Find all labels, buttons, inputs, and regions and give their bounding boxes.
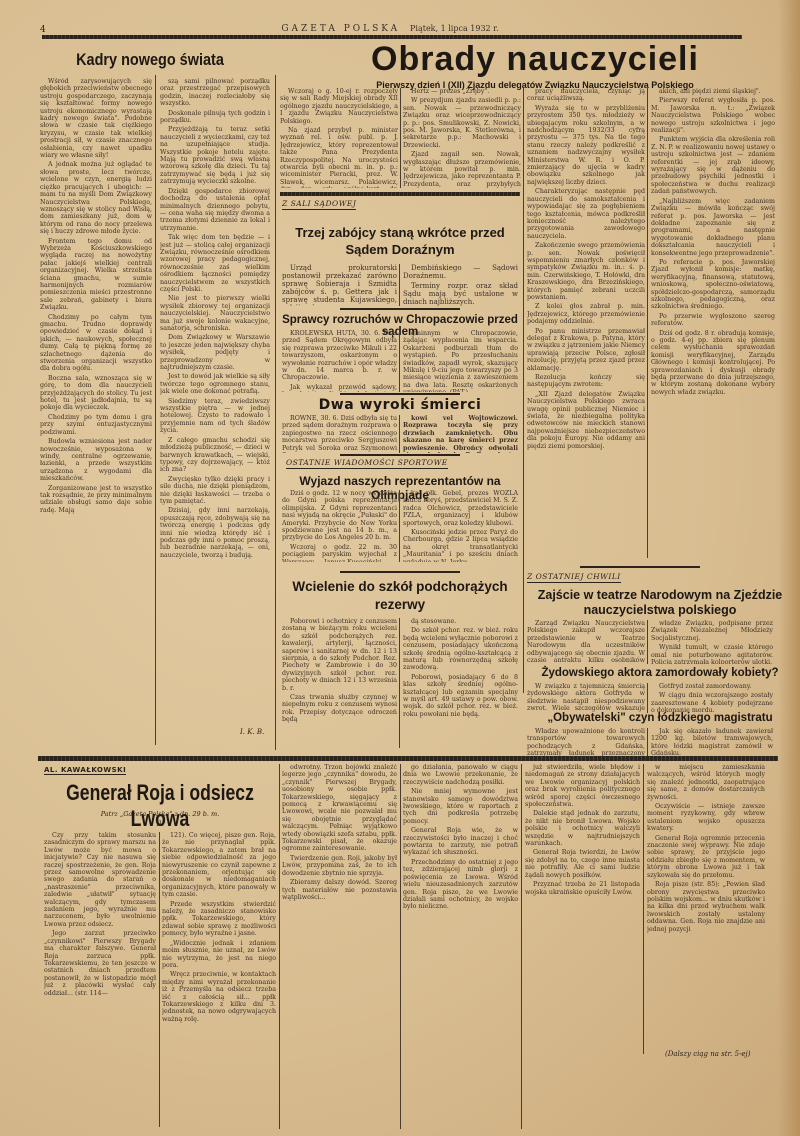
article-aktor-col1: W związku z tajemniczą śmiercią żydowski… (527, 683, 645, 713)
paragraph: odwrotny. Trzon bojówki znaleźć legerze … (282, 764, 397, 853)
paragraph: Frontem tego domu od Wybrzeża Kościuszko… (40, 238, 152, 312)
paragraph: Przyznać trzeba że 21 listopada wojska u… (525, 881, 640, 896)
article-teatr-col1: Zarząd Związku Nauczycielstwa Polskiego … (527, 620, 645, 664)
headline-wyroki: Dwa wyroki śmierci (280, 397, 520, 413)
paragraph: W prezydjum zjazdu zasiedli p. p.: sen. … (403, 97, 521, 149)
paragraph: RÓWNE, 30. 6. Dziś odbyła się tu przed s… (282, 415, 397, 453)
article-sad-col1: Urząd prokuratorski postanowił przekazać… (282, 264, 397, 306)
paragraph: Generał Roja twierdzi, że Lwów się zdoby… (525, 849, 640, 879)
paragraph: Dziś od godz. 8 r. obradują komisje, o g… (651, 330, 775, 397)
article-obrady-col3: pracy nauczyciela, czyniąc ją coraz ucią… (527, 88, 645, 558)
column-divider (521, 764, 522, 1129)
paragraph: A jednak można już oglądać te słowa pros… (40, 161, 152, 235)
paragraph: Nie mniej wymowne jest stanowisko samego… (403, 788, 518, 825)
paragraph: Czy przy takim stosunku zasadniczym do s… (44, 832, 156, 928)
paragraph: Pierwszy referat wygłosiła p. pos. M. Ja… (651, 97, 775, 134)
paragraph: Poborowi i ochotnicy z cenzusem zostaną … (282, 618, 397, 692)
paragraph: Zarząd Związku Nauczycielstwa Polskiego … (527, 620, 645, 664)
paragraph: „XII Zjazd delegatów Związku Nauczyciels… (527, 391, 645, 450)
column-divider (400, 88, 401, 188)
ornament-rule (340, 393, 460, 395)
paragraph: Chodzimy po całym tym gmachu. Trudno dop… (40, 314, 152, 373)
paragraph: Wręcz przeciwnie, w kontaktach między ni… (162, 971, 276, 1023)
paragraph: Twierdzenie gen. Roji, jakoby był Lwów, … (282, 855, 397, 877)
article-roja-col2: 121). Co więcej, pisze gen. Roja, że nie… (162, 832, 276, 1127)
section-label-teatr: Z OSTATNIEJ CHWILI (527, 572, 621, 583)
column-divider (647, 728, 648, 758)
paragraph: Czas trwania służby czynnej w niepełnym … (282, 694, 397, 724)
paragraph: Wczoraj o g. 10-ej r. rozpoczęły się w s… (280, 88, 398, 125)
column-divider (523, 88, 524, 693)
article-sport-col1: Dziś o godz. 12 w nocy wyjeżdża do Gdyni… (282, 490, 397, 562)
column-divider (647, 620, 648, 664)
headline-wcielenie: Wcielenie do szkół podchorążych rezerwy (280, 578, 520, 614)
paragraph: Dembińskiego — Sądowi Doraźnemu. (403, 264, 518, 280)
paragraph: Dom Związkowy w Warszawie to jeszcze jed… (160, 334, 270, 371)
article-sad-col2: Dembińskiego — Sądowi Doraźnemu.Terminy … (403, 264, 518, 306)
paragraph: Jego zarzut przeciwko „czynnikowi" Pierw… (44, 930, 156, 997)
ornament-rule (340, 571, 460, 573)
article-wcielenie-col1: Poborowi i ochotnicy z cenzusem zostaną … (282, 618, 397, 748)
column-divider (643, 764, 644, 1054)
paragraph: akich, ani piędzi ziemi śląskiej". (651, 88, 775, 95)
article-magistrat-col2: Jak się okazało ładunek zawierał 1200 kg… (651, 728, 773, 758)
headline-sad: Trzej zabójcy staną wkrótce przed Sądem … (280, 224, 520, 258)
part-number: II. (40, 820, 280, 828)
article-roja-col4: go działania, panowało w ciągu dnia we L… (403, 764, 518, 1129)
article-obrady-col4: akich, ani piędzi ziemi śląskiej".Pierws… (651, 88, 775, 558)
paragraph: Jak się okazało ładunek zawierał 1200 kg… (651, 728, 773, 758)
paragraph: Kusociński jedzie przez Paryż do Cherbou… (403, 529, 518, 562)
paragraph: pracy nauczyciela, czyniąc ją coraz ucią… (527, 88, 645, 103)
paragraph: w miejscu zamieszkania walczących, wśród… (647, 764, 765, 801)
paragraph: Przechodzimy do ostatniej z jego tez, zd… (403, 859, 518, 911)
ornament-rule (340, 308, 460, 310)
article-chropaczow-col2: gminnym w Chropaczowie, żądając wypłacen… (403, 330, 518, 392)
article-chropaczow-col1: KRÓLEWSKA HUTA, 30. 6. Dziś przed Sądem … (282, 330, 397, 392)
column-divider (159, 832, 160, 1127)
paragraph: KRÓLEWSKA HUTA, 30. 6. Dziś przed Sądem … (282, 330, 397, 382)
paragraph: dą stosowane. (403, 618, 518, 625)
issue-date: Piątek, 1 lipca 1932 r. (410, 24, 499, 33)
paragraph: Gotfryd został zamordowany. (651, 683, 773, 690)
paragraph: Chodzimy po tym domu i gra przy szymi en… (40, 414, 152, 436)
article-wyroki-col2: kowi vel Wojtowiczowi. Rozprawa toczyła … (403, 415, 518, 453)
paragraph: Dzięki gospodarce zbiorowej dochodzą do … (160, 188, 270, 232)
paragraph: władze Związku, podpisane przez Związek … (651, 620, 773, 642)
paragraph: 121). Co więcej, pisze gen. Roja, że nie… (162, 832, 276, 899)
paragraph: Po przerwie wygłoszono szereg referatów. (651, 313, 775, 328)
article-sport-col2: ka" płk. Gebel, prezes WOZLA radca Poryś… (403, 490, 518, 562)
article-roja-col5: już stwierdziła, wiele błędów i niedomag… (525, 764, 640, 1129)
article-magistrat-col1: Władze upoważnione do kontroli transport… (527, 728, 645, 758)
reference-note: Patrz „Gazeta Polska" z dn. 29 b. m. (40, 810, 280, 818)
paragraph: Na zjazd przybył p. minister wyznań rel.… (280, 127, 398, 188)
paragraph: „Widocznie jednak i zdaniem moim słuszni… (162, 940, 276, 970)
paragraph: Przede wszystkim stwierdzić należy, że z… (162, 901, 276, 938)
paragraph: go działania, panowało w ciągu dnia we L… (403, 764, 518, 786)
paragraph: Urząd prokuratorski postanowił przekazać… (282, 264, 397, 306)
section-label-sport: OSTATNIE WIADOMOŚCI SPORTOWE (286, 458, 448, 469)
paragraph: Tak więc dom ten będzie — i jest już — s… (160, 234, 270, 293)
paragraph: Hertz — prezes „Zręby". (403, 88, 521, 95)
paragraph: Doskonale pilnują tych godzin i porządku… (160, 110, 270, 125)
masthead-rule (42, 35, 742, 39)
paragraph: Terminy rozpr. oraz skład Sądu mają być … (403, 282, 518, 306)
article-obrady-col2: Hertz — prezes „Zręby".W prezydjum zjazd… (403, 88, 521, 188)
article-roja-col1: Czy przy takim stosunku zasadniczym do s… (44, 832, 156, 1127)
byline-author: AL. KAWAŁKOWSKI (44, 766, 126, 775)
article-kadry-col1: Wśród zarysowujących się głębokich przec… (40, 78, 152, 728)
paragraph: gminnym w Chropaczowie, żądając wypłacen… (403, 330, 518, 392)
article-roja-col6: w miejscu zamieszkania walczących, wśród… (647, 764, 765, 1039)
paragraph: Budowla wzniesiona jest nader nowocześni… (40, 438, 152, 482)
paragraph: Charakteryzując następnie pęd nauczyciel… (527, 188, 645, 240)
paragraph: Dziś o godz. 12 w nocy wyjeżdża do Gdyni… (282, 490, 397, 542)
paragraph: Punktem wyjścia dla określenia roli Z. N… (651, 136, 775, 195)
paragraph: Dzisiaj, gdy inni narzekają, opuszczają … (160, 507, 270, 559)
paragraph: „Najbliższem więc zadaniem Związku — mów… (651, 198, 775, 257)
section-rule (280, 192, 520, 196)
paragraph: Wynikł tumult, w czasie którego omal nie… (651, 644, 773, 664)
signature: I. K. B. (240, 728, 264, 736)
article-roja-col3: odwrotny. Trzon bojówki znaleźć legerze … (282, 764, 397, 1129)
column-divider (399, 618, 400, 748)
column-divider (399, 264, 400, 306)
column-divider (647, 683, 648, 713)
paragraph: Zbieramy dalszy dowód. Szereg tych mater… (282, 879, 397, 901)
paragraph: Z kolei głos zabrał p. min. Jędrzejewicz… (527, 303, 645, 325)
headline-kadry: Kadry nowego świata (48, 50, 252, 70)
paragraph: Jak wykazał przewód sądowy, bezrobotni w… (282, 384, 397, 392)
section-rule (38, 756, 778, 761)
paragraph: Boczna sala, wznosząca się w górę, to do… (40, 375, 152, 412)
paragraph: Siedzimy teraz, zwiedziwszy wszystkie pi… (160, 398, 270, 435)
column-divider (155, 75, 156, 745)
paragraph: Rezolucja kończy się następującym zwrote… (527, 374, 645, 389)
column-divider (399, 330, 400, 392)
article-aktor-col2: Gotfryd został zamordowany.W ciągu dnia … (651, 683, 773, 713)
column-divider (275, 75, 276, 750)
paragraph: Generał Roja wie, że w rzeczywistości by… (403, 827, 518, 857)
column-divider (399, 415, 400, 453)
paragraph: Nie jest to pierwszy wielki wysiłek zbio… (160, 295, 270, 332)
paragraph: ka" płk. Gebel, prezes WOZLA radca Poryś… (403, 490, 518, 527)
paragraph: W ciągu dnia wczorajszego zostały zaares… (651, 692, 773, 713)
article-wcielenie-col2: dą stosowane.Do szkół pchor. rez. w bież… (403, 618, 518, 748)
paragraph: W związku z tajemniczą śmiercią żydowski… (527, 683, 645, 713)
section-label-sad: Z SALI SĄDOWEJ (282, 199, 356, 210)
page-edge (778, 0, 800, 1136)
paragraph: Z całego gmachu schodzi się młodzieżą pu… (160, 437, 270, 474)
paragraph: Zorganizowane jest to wszystko tak rozsą… (40, 485, 152, 515)
paragraph: Dalekie stąd jednak do zarzutu, że nikt … (525, 810, 640, 847)
headline-obrady: Obrady nauczycieli (280, 40, 790, 79)
column-divider (400, 764, 401, 1129)
paragraph: Po panu ministrze przemawiał delegat z K… (527, 328, 645, 372)
headline-aktor: Żydowskiego aktora zamordowały kobiety? (525, 667, 795, 679)
headline-magistrat: „Obywatelski" czyn łódzkiego magistratu (525, 712, 795, 724)
paragraph: Wyraża się to w przybliżeniu przyrostem … (527, 105, 645, 186)
paragraph: Do szkół pchor. rez. w bież. roku będą w… (403, 627, 518, 671)
newspaper-title: GAZETA POLSKA (281, 24, 400, 34)
column-divider (647, 88, 648, 558)
article-wyroki-col1: RÓWNE, 30. 6. Dziś odbyła się tu przed s… (282, 415, 397, 453)
paragraph: Roja pisze (str. 85): „Pewien ślad obron… (647, 881, 765, 933)
paragraph: Oczywiście — istnieje zawsze moment ryzy… (647, 803, 765, 833)
paragraph: kowi vel Wojtowiczowi. Rozprawa toczyła … (403, 415, 518, 453)
column-divider (279, 764, 280, 1129)
paragraph: Wśród zarysowujących się głębokich przec… (40, 78, 152, 159)
paragraph: Władze upoważnione do kontroli transport… (527, 728, 645, 758)
ornament-rule (580, 566, 700, 568)
paragraph: Poborowi, posiadający 6 do 8 klas szkoły… (403, 674, 518, 718)
column-divider (399, 490, 400, 562)
paragraph: Zjazd zagaił sen. Nowak, wygłaszając dłu… (403, 151, 521, 188)
paragraph: Generał Roja ogromnie przecenia znaczeni… (647, 835, 765, 879)
article-obrady-col1: Wczoraj o g. 10-ej r. rozpoczęły się w s… (280, 88, 398, 188)
headline-teatr: Zajście w teatrze Narodowym na Zjeździe … (525, 588, 795, 618)
paragraph: już stwierdziła, wiele błędów i niedomag… (525, 764, 640, 808)
article-kadry-col2: szą sami pilnować porządku oraz przestrz… (160, 78, 270, 718)
paragraph: Wczoraj o godz. 22 m. 30 pociągiem parys… (282, 544, 397, 562)
paragraph: Zakończenie swego przemówienia p. sen. N… (527, 242, 645, 301)
continuation-note: (Dalszy ciąg na str. 5-ej) (665, 1050, 750, 1058)
paragraph: Jest to dowód jak wielkie są siły twórcz… (160, 373, 270, 395)
paragraph: Zwycięsko tylko dzięki pracy i sile duch… (160, 476, 270, 506)
paragraph: szą sami pilnować porządku oraz przestrz… (160, 78, 270, 108)
ornament-rule (340, 454, 460, 456)
paragraph: Po referacie p. pos. Jaworskiej Zjazd wy… (651, 259, 775, 311)
paragraph: Przyjeżdżają tu teraz setki nauczycieli … (160, 126, 270, 185)
article-teatr-col2: władze Związku, podpisane przez Związek … (651, 620, 773, 664)
